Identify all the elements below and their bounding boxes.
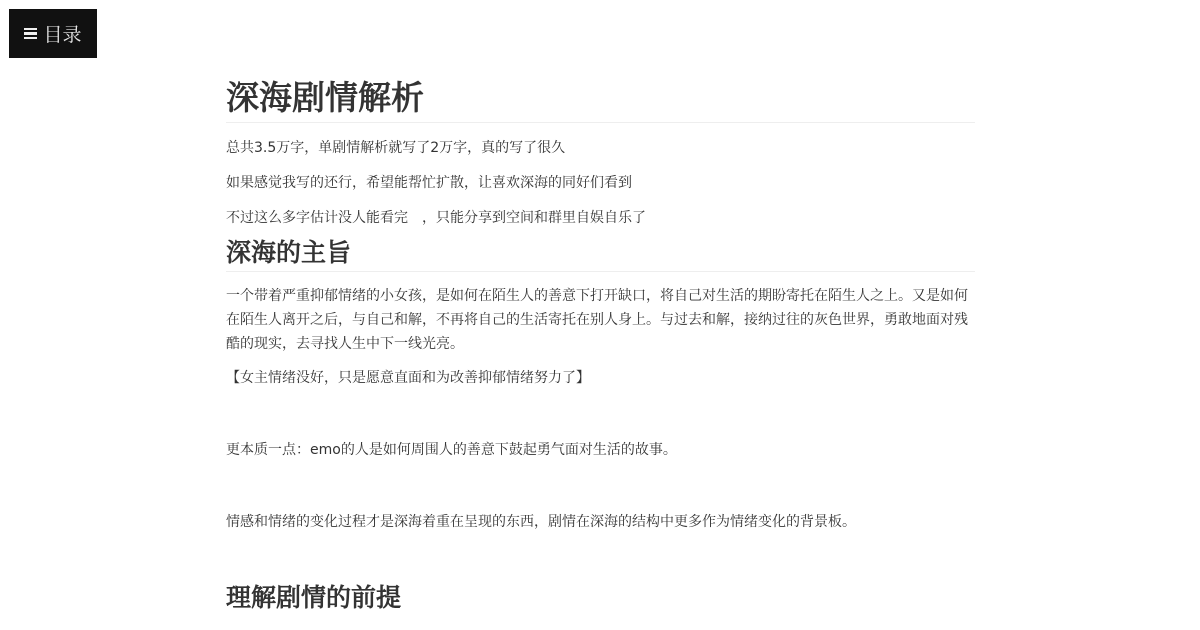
theme-paragraph: 一个带着严重抑郁情绪的小女孩，是如何在陌生人的善意下打开缺口，将自己对生活的期盼… [226,284,975,356]
emotion-paragraph: 情感和情绪的变化过程才是深海着重在呈现的东西，剧情在深海的结构中更多作为情绪变化… [226,510,975,534]
essence-paragraph: 更本质一点：emo的人是如何周围人的善意下鼓起勇气面对生活的故事。 [226,438,975,462]
section-heading-theme: 深海的主旨 [226,235,975,272]
hamburger-menu-icon [24,28,37,39]
toc-label: 目录 [43,20,81,47]
intro-paragraph: 总共3.5万字，单剧情解析就写了2万字，真的写了很久 [226,136,975,160]
bracket-note-paragraph: 【女主情绪没好，只是愿意直面和为改善抑郁情绪努力了】 [226,366,975,390]
toc-button[interactable]: 目录 [9,9,97,58]
article-content: 深海剧情解析 总共3.5万字，单剧情解析就写了2万字，真的写了很久 如果感觉我写… [226,74,975,616]
section-heading-premise: 理解剧情的前提 [226,580,975,616]
intro-paragraph: 不过这么多字估计没人能看完 ，只能分享到空间和群里自娱自乐了 [226,206,975,230]
article-title: 深海剧情解析 [226,74,975,123]
intro-paragraph: 如果感觉我写的还行，希望能帮忙扩散，让喜欢深海的同好们看到 [226,171,975,195]
